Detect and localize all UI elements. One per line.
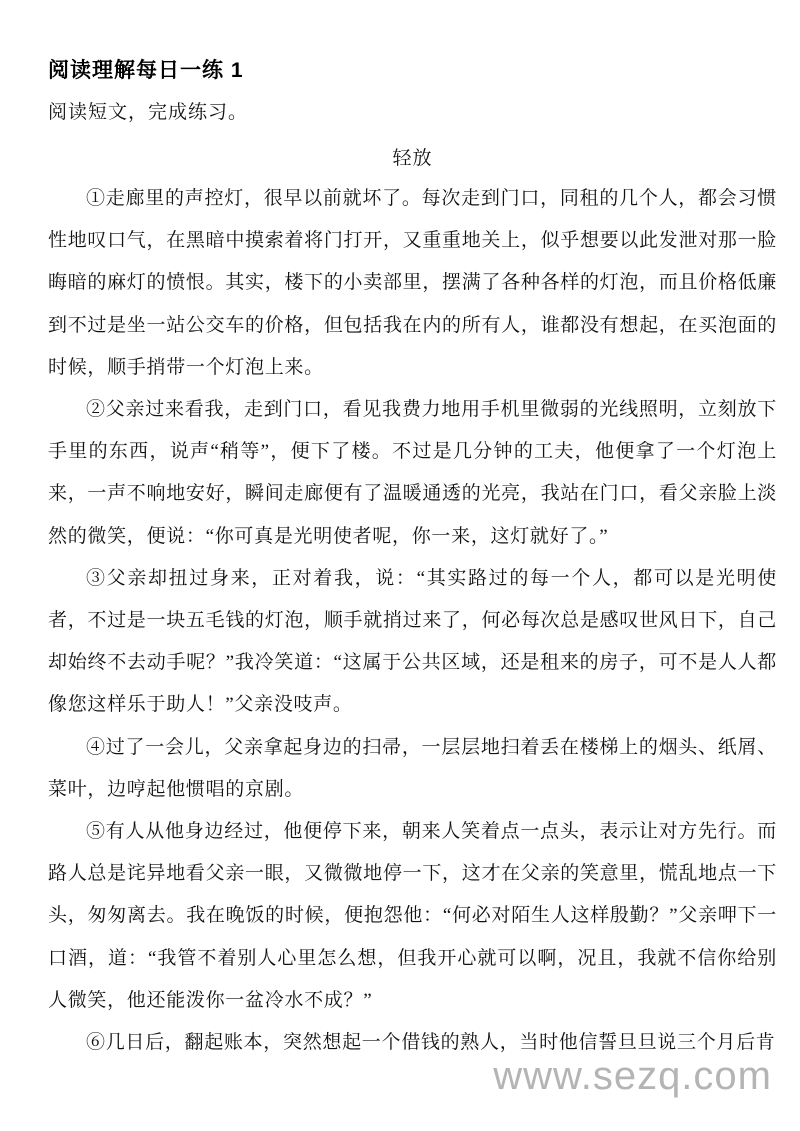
essay-paragraph: ⑤有人从他身边经过，他便停下来，朝来人笑着点一点头，表示让对方先行。而路人总是诧… xyxy=(48,811,777,1022)
essay-title: 轻放 xyxy=(48,143,777,170)
essay-paragraph: ②父亲过来看我，走到门口，看见我费力地用手机里微弱的光线照明，立刻放下手里的东西… xyxy=(48,389,777,558)
worksheet-page: 阅读理解每日一练 1 阅读短文，完成练习。 轻放 ①走廊里的声控灯，很早以前就坏… xyxy=(0,0,800,1131)
essay-body: ①走廊里的声控灯，很早以前就坏了。每次走到门口，同租的几个人，都会习惯性地叹口气… xyxy=(48,178,777,1064)
essay-paragraph: ①走廊里的声控灯，很早以前就坏了。每次走到门口，同租的几个人，都会习惯性地叹口气… xyxy=(48,178,777,389)
page-title: 阅读理解每日一练 1 xyxy=(48,54,244,84)
essay-paragraph: ③父亲却扭过身来，正对着我，说：“其实路过的每一个人，都可以是光明使者，不过是一… xyxy=(48,558,777,727)
essay-paragraph: ④过了一会儿，父亲拿起身边的扫帚，一层层地扫着丢在楼梯上的烟头、纸屑、菜叶，边哼… xyxy=(48,727,777,811)
watermark-text: www.sezq.com xyxy=(493,1054,772,1099)
instruction-text: 阅读短文，完成练习。 xyxy=(48,97,248,124)
